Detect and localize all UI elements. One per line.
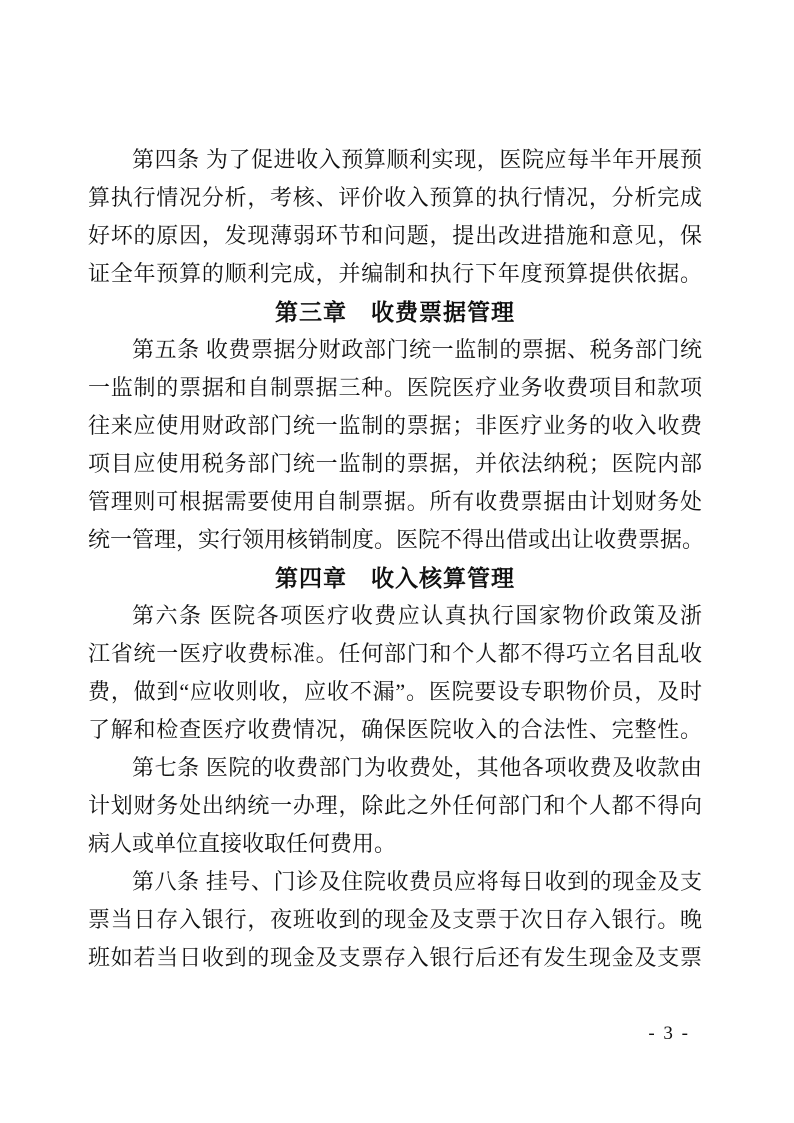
- body-line: 病人或单位直接收取任何费用。: [88, 825, 702, 863]
- paragraph-article-6: 第六条 医院各项医疗收费应认真执行国家物价政策及浙 江省统一医疗收费标准。任何部…: [88, 597, 702, 749]
- body-line: 第六条 医院各项医疗收费应认真执行国家物价政策及浙: [88, 597, 702, 635]
- chapter-heading-3: 第三章 收费票据管理: [88, 293, 702, 331]
- body-line: 算执行情况分析，考核、评价收入预算的执行情况，分析完成: [88, 179, 702, 217]
- document-body: 第四条 为了促进收入预算顺利实现，医院应每半年开展预 算执行情况分析，考核、评价…: [88, 141, 702, 977]
- body-line: 计划财务处出纳统一办理，除此之外任何部门和个人都不得向: [88, 787, 702, 825]
- body-line: 证全年预算的顺利完成，并编制和执行下年度预算提供依据。: [88, 255, 702, 293]
- paragraph-article-7: 第七条 医院的收费部门为收费处，其他各项收费及收款由 计划财务处出纳统一办理，除…: [88, 749, 702, 863]
- body-line: 班如若当日收到的现金及支票存入银行后还有发生现金及支票: [88, 939, 702, 977]
- paragraph-article-5: 第五条 收费票据分财政部门统一监制的票据、税务部门统 一监制的票据和自制票据三种…: [88, 331, 702, 559]
- body-line: 项目应使用税务部门统一监制的票据，并依法纳税；医院内部: [88, 445, 702, 483]
- body-line: 第四条 为了促进收入预算顺利实现，医院应每半年开展预: [88, 141, 702, 179]
- paragraph-article-8: 第八条 挂号、门诊及住院收费员应将每日收到的现金及支 票当日存入银行，夜班收到的…: [88, 863, 702, 977]
- page-number: - 3 -: [648, 1020, 690, 1048]
- body-line: 一监制的票据和自制票据三种。医院医疗业务收费项目和款项: [88, 369, 702, 407]
- document-page: 第四条 为了促进收入预算顺利实现，医院应每半年开展预 算执行情况分析，考核、评价…: [0, 0, 794, 1123]
- body-line: 了解和检查医疗收费情况，确保医院收入的合法性、完整性。: [88, 711, 702, 749]
- body-line: 费，做到“应收则收，应收不漏”。医院要设专职物价员，及时: [88, 673, 702, 711]
- body-line: 第八条 挂号、门诊及住院收费员应将每日收到的现金及支: [88, 863, 702, 901]
- paragraph-article-4: 第四条 为了促进收入预算顺利实现，医院应每半年开展预 算执行情况分析，考核、评价…: [88, 141, 702, 293]
- body-line: 江省统一医疗收费标准。任何部门和个人都不得巧立名目乱收: [88, 635, 702, 673]
- body-line: 票当日存入银行，夜班收到的现金及支票于次日存入银行。晚: [88, 901, 702, 939]
- body-line: 第五条 收费票据分财政部门统一监制的票据、税务部门统: [88, 331, 702, 369]
- body-line: 往来应使用财政部门统一监制的票据；非医疗业务的收入收费: [88, 407, 702, 445]
- body-line: 好坏的原因，发现薄弱环节和问题，提出改进措施和意见，保: [88, 217, 702, 255]
- body-line: 管理则可根据需要使用自制票据。所有收费票据由计划财务处: [88, 483, 702, 521]
- body-line: 第七条 医院的收费部门为收费处，其他各项收费及收款由: [88, 749, 702, 787]
- chapter-heading-4: 第四章 收入核算管理: [88, 559, 702, 597]
- body-line: 统一管理，实行领用核销制度。医院不得出借或出让收费票据。: [88, 521, 702, 559]
